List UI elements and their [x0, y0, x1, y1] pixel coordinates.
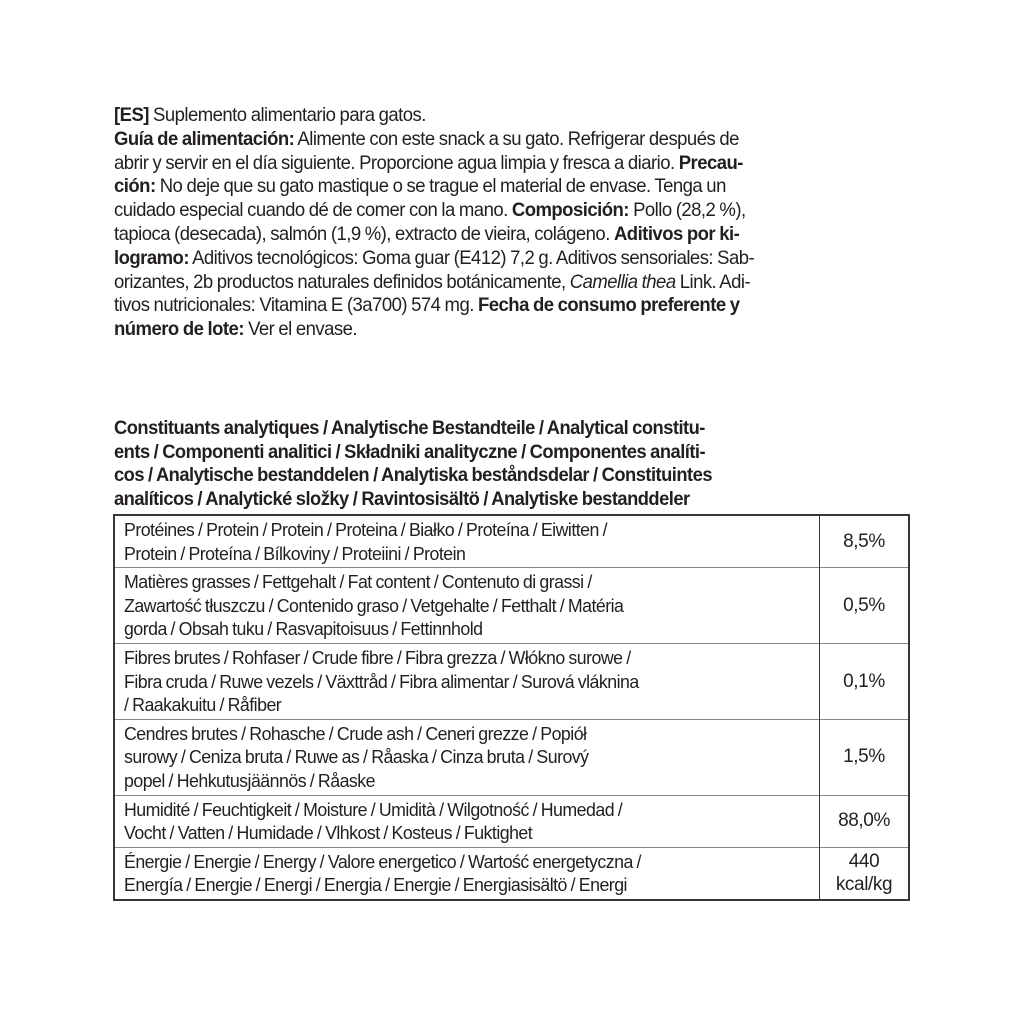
constituent-name-cell: Matières grasses / Fettgehalt / Fat cont…: [115, 568, 820, 644]
constituent-name-cell: Humidité / Feuchtigkeit / Moisture / Umi…: [115, 795, 820, 847]
analytical-constituents-table: Protéines / Protein / Protein / Proteina…: [113, 514, 910, 901]
text-run: Alimente con este snack a su gato. Refri…: [294, 129, 739, 150]
label-text-line: logramo: Aditivos tecnológicos: Goma gua…: [114, 247, 913, 271]
constituent-value: 1,5%: [820, 745, 908, 769]
constituent-name-cell: Énergie / Energie / Energy / Valore ener…: [115, 847, 820, 899]
heading-line: Constituants analytiques / Analytische B…: [114, 417, 918, 441]
constituent-value: 440: [820, 850, 908, 874]
text-run: tivos nutricionales: Vitamina E (3a700) …: [114, 295, 478, 316]
text-run: Aditivos tecnológicos: Goma guar (E412) …: [189, 248, 754, 269]
constituent-value-cell: 440kcal/kg: [820, 847, 909, 899]
constituent-name-line: Protein / Proteína / Bílkoviny / Proteii…: [124, 542, 821, 566]
label-text-line: tapioca (desecada), salmón (1,9 %), extr…: [114, 223, 913, 247]
constituent-name: Humidité / Feuchtigkeit / Moisture / Umi…: [124, 798, 821, 845]
text-run: abrir y servir en el día siguiente. Prop…: [114, 153, 679, 174]
bold-run: número de lote:: [114, 319, 244, 340]
bold-run: logramo:: [114, 248, 189, 269]
constituent-name: Cendres brutes / Rohasche / Crude ash / …: [124, 722, 821, 793]
table-row: Énergie / Energie / Energy / Valore ener…: [115, 847, 908, 899]
constituent-value: 0,1%: [820, 670, 908, 694]
heading-line: cos / Analytische bestanddelen / Analyti…: [114, 464, 918, 488]
bold-run: Guía de alimentación:: [114, 129, 294, 150]
constituent-value: 8,5%: [820, 530, 908, 554]
table-row: Matières grasses / Fettgehalt / Fat cont…: [115, 568, 908, 644]
constituent-name: Matières grasses / Fettgehalt / Fat cont…: [124, 570, 821, 641]
table-row: Cendres brutes / Rohasche / Crude ash / …: [115, 719, 908, 795]
text-run: Link. Adi-: [676, 272, 751, 293]
constituent-name-line: Humidité / Feuchtigkeit / Moisture / Umi…: [124, 798, 821, 822]
label-text-line: Guía de alimentación: Alimente con este …: [114, 128, 913, 152]
constituent-name-line: / Raakakuitu / Råfiber: [124, 693, 821, 717]
table-row: Fibres brutes / Rohfaser / Crude fibre /…: [115, 643, 908, 719]
analytical-constituents-heading: Constituants analytiques / Analytische B…: [114, 417, 918, 511]
label-text-line: cuidado especial cuando dé de comer con …: [114, 199, 913, 223]
constituent-name-line: Matières grasses / Fettgehalt / Fat cont…: [124, 570, 821, 594]
label-text-line: [ES] Suplemento alimentario para gatos.: [114, 104, 913, 128]
constituent-name-line: Énergie / Energie / Energy / Valore ener…: [124, 850, 821, 874]
constituent-name-line: gorda / Obsah tuku / Rasvapitoisuus / Fe…: [124, 617, 821, 641]
label-text-line: número de lote: Ver el envase.: [114, 318, 913, 342]
constituent-value: 0,5%: [820, 594, 908, 618]
bold-run: ción:: [114, 176, 156, 197]
table-row: Protéines / Protein / Protein / Proteina…: [115, 516, 908, 568]
constituent-name-line: surowy / Ceniza bruta / Ruwe as / Råaska…: [124, 745, 821, 769]
constituent-value: 88,0%: [820, 809, 908, 833]
text-run: cuidado especial cuando dé de comer con …: [114, 200, 512, 221]
bold-run: Composición:: [512, 200, 629, 221]
constituent-name-line: Cendres brutes / Rohasche / Crude ash / …: [124, 722, 821, 746]
bold-run: [ES]: [114, 105, 149, 126]
constituent-name-line: Fibra cruda / Ruwe vezels / Växttråd / F…: [124, 670, 821, 694]
constituent-value-cell: 8,5%: [820, 516, 909, 568]
bold-run: Fecha de consumo preferente y: [478, 295, 740, 316]
constituent-name-line: Protéines / Protein / Protein / Proteina…: [124, 518, 821, 542]
spanish-label-text: [ES] Suplemento alimentario para gatos.G…: [114, 104, 913, 342]
constituent-value-cell: 0,1%: [820, 643, 909, 719]
constituent-name: Énergie / Energie / Energy / Valore ener…: [124, 850, 821, 897]
bold-run: Precau-: [679, 153, 743, 174]
constituent-name-line: Energía / Energie / Energi / Energia / E…: [124, 873, 821, 897]
constituent-value: kcal/kg: [820, 873, 908, 897]
text-run: No deje que su gato mastique o se trague…: [156, 176, 726, 197]
label-text-line: abrir y servir en el día siguiente. Prop…: [114, 152, 913, 176]
italic-run: Camellia thea: [570, 272, 676, 293]
constituent-name: Fibres brutes / Rohfaser / Crude fibre /…: [124, 646, 821, 717]
text-run: orizantes, 2b productos naturales defini…: [114, 272, 570, 293]
constituent-value-cell: 1,5%: [820, 719, 909, 795]
label-text-line: ción: No deje que su gato mastique o se …: [114, 175, 913, 199]
analytical-table-body: Protéines / Protein / Protein / Proteina…: [115, 516, 908, 899]
bold-run: Aditivos por ki-: [614, 224, 739, 245]
constituent-name-line: popel / Hehkutusjäännös / Råaske: [124, 769, 821, 793]
table-row: Humidité / Feuchtigkeit / Moisture / Umi…: [115, 795, 908, 847]
constituent-value-cell: 0,5%: [820, 568, 909, 644]
constituent-value-cell: 88,0%: [820, 795, 909, 847]
constituent-name-cell: Cendres brutes / Rohasche / Crude ash / …: [115, 719, 820, 795]
constituent-name-cell: Protéines / Protein / Protein / Proteina…: [115, 516, 820, 568]
text-run: Pollo (28,2 %),: [629, 200, 746, 221]
text-run: Ver el envase.: [244, 319, 357, 340]
text-run: Suplemento alimentario para gatos.: [149, 105, 426, 126]
text-run: tapioca (desecada), salmón (1,9 %), extr…: [114, 224, 614, 245]
heading-line: ents / Componenti analitici / Składniki …: [114, 441, 918, 465]
label-text-line: tivos nutricionales: Vitamina E (3a700) …: [114, 294, 913, 318]
constituent-name-cell: Fibres brutes / Rohfaser / Crude fibre /…: [115, 643, 820, 719]
label-text-line: orizantes, 2b productos naturales defini…: [114, 271, 913, 295]
constituent-name-line: Fibres brutes / Rohfaser / Crude fibre /…: [124, 646, 821, 670]
constituent-name: Protéines / Protein / Protein / Proteina…: [124, 518, 821, 565]
constituent-name-line: Zawartość tłuszczu / Contenido graso / V…: [124, 594, 821, 618]
heading-line: analíticos / Analytické složky / Ravinto…: [114, 488, 918, 512]
constituent-name-line: Vocht / Vatten / Humidade / Vlhkost / Ko…: [124, 821, 821, 845]
